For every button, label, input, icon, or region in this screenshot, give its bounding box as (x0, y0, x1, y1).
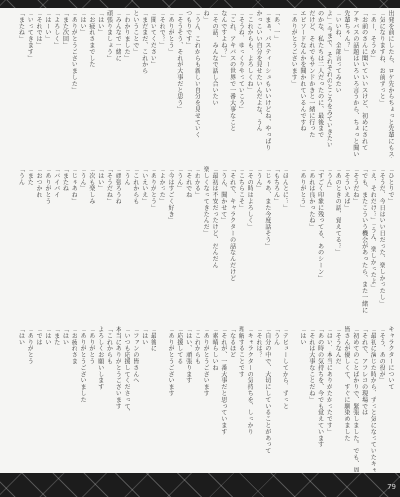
magazine-page: 出発を前にしたら、ロケ先からちょっと先輩にもスタッフにも「気になりますね、お前ず… (0, 8, 400, 473)
text-column: 「ありがとうございます」 (288, 10, 297, 158)
text-column: 「もちろん」 (271, 166, 280, 316)
text-column: ね」 (200, 10, 209, 158)
text-column: 「また (25, 166, 34, 316)
text-column: 「いってきます」 (25, 10, 34, 158)
text-column: 「みんなで一緒に (113, 10, 122, 158)
text-column: 「ひとりで」 (385, 166, 394, 316)
text-column: 「そうなんだ (332, 326, 341, 472)
text-column: 「これからも (192, 326, 201, 472)
text-column: 「バイバイ (51, 166, 60, 316)
text-column: 「そう、あの役が」 (376, 326, 385, 472)
text-band-top: 出発を前にしたら、ロケ先からちょっと先輩にもスタッフにも「気になりますね、お前ず… (8, 10, 394, 158)
text-column: 「ほんとに？」 (280, 166, 289, 316)
text-column: よ」「今まで、それぞれのところをみていきたい (324, 10, 333, 158)
text-column: 「それでね (183, 166, 192, 316)
text-column: 「はい」 (95, 166, 104, 316)
text-band-middle: 「ひとりで」「そうだ、今日はいい日だった、楽しかったし」「え、それだけ？」「うん… (8, 166, 394, 316)
text-column: アキバスの話題はいろいろ言うから、ちょっと聞いていい (350, 10, 359, 158)
text-column: 「また (51, 326, 60, 472)
text-column: 「初めてのことばかりで、緊張しました。でも、周りの (350, 326, 359, 472)
text-column: 「うん (271, 326, 280, 472)
text-column: 「頑張ろうね (113, 166, 122, 316)
text-column: 「はい」 (77, 10, 86, 158)
text-column: 「ありがとうございました (77, 326, 86, 472)
text-column: 「はい」 (95, 10, 104, 158)
text-column: 頑張りましょう」 (104, 10, 113, 158)
text-column: 「これ、アキバスの世界で一番大事なこと (227, 10, 236, 158)
text-column: 「あー、そうか」 (368, 10, 377, 158)
text-column (156, 326, 165, 472)
text-column: 「それは大事なことだね」 (306, 326, 315, 472)
text-column: 「はい (16, 326, 25, 472)
text-column: だけど、それでもサンドかきと一緒に行った (306, 10, 315, 158)
text-column: 「ありがとうございます (200, 326, 209, 472)
text-column: 「じゃあ、また今度話そう」 (262, 166, 271, 316)
text-column: 「うん (16, 166, 25, 316)
text-column: 「素晴らしいね (209, 326, 218, 472)
text-column: 「いいね、全部言ってみたい (332, 10, 341, 158)
text-column: 「おつかれ (33, 166, 42, 316)
text-column: 「これからも、よろしくね」 (244, 10, 253, 158)
text-column: 「まだまだ、これから (139, 10, 148, 158)
text-column: 「次も楽しみ (86, 166, 95, 316)
text-column: 「あの時の気持ちを、今でも覚えています (315, 326, 324, 472)
text-column: 「じゃあね」 (69, 166, 78, 316)
text-column: 「うん、これからも新しい自分を見せていく (192, 10, 201, 158)
text-column: 先輩ちゃん？」 (341, 10, 350, 158)
text-column: 「うん (121, 166, 130, 316)
text-column: 「よろしく」 (51, 10, 60, 158)
text-column: 「そういえば」 (341, 166, 350, 316)
text-column: 「最後に (148, 326, 157, 472)
text-column: 「あのときの話、覚えてる？」 (332, 166, 341, 316)
text-column: 「お疲れさま (69, 326, 78, 472)
text-column: 「それが、一番大事だと思っています (218, 326, 227, 472)
text-column: 「ありがとうございました」 (69, 10, 78, 158)
text-column: 「それでは」 (33, 10, 42, 158)
text-column: のかな、私たちは二人だったのに、最後まで (315, 10, 324, 158)
text-column: 「ありがとうございます (165, 326, 174, 472)
text-column: 「応援してる (174, 326, 183, 472)
text-column: 「でも、またこういう機会があったら、また一緒に (359, 166, 368, 316)
text-column: 「うん」 (253, 166, 262, 316)
text-column: なんですよね？」 (218, 10, 227, 158)
text-column: 「ありがとう (25, 326, 34, 472)
text-column: つもりです」 (183, 10, 192, 158)
text-column: 「よかった」 (156, 166, 165, 316)
text-column: 「デビューしてから、ずっと (280, 326, 289, 472)
text-column: 「ありがとう (42, 166, 51, 316)
text-column: 「またね (60, 166, 69, 316)
text-column: 理解することです (236, 326, 245, 472)
text-column: 「うん」 (324, 166, 333, 316)
text-column: 「ありがとう (86, 326, 95, 472)
text-column: 本当にありがとうございます (113, 326, 122, 472)
text-column: 「それで、キャラクターの話なんだけど (227, 166, 236, 316)
text-column: 「はい (139, 326, 148, 472)
text-column: 「うん、聞かせて」 (218, 166, 227, 316)
text-column: 「あ、一」 (271, 10, 280, 158)
text-column: エピソードなんかを聞かれているんですね (297, 10, 306, 158)
text-column: 「ありがとう」 (297, 166, 306, 316)
text-column: 「またね」 (16, 10, 25, 158)
text-column: 「キャラクターの気持ちを、しっかり (244, 326, 253, 472)
text-column: 「ありがとう」 (165, 10, 174, 158)
text-column: 「これからも (130, 166, 139, 316)
text-column: 「また次回」 (60, 10, 69, 158)
text-column: 「自分の中で、大切にしていることがあって (262, 326, 271, 472)
text-column: 「あれは良かったね」 (306, 166, 315, 316)
text-column: 「はい (297, 326, 306, 472)
text-column: 「そうだ、今日はいい日だった、楽しかったし」 (376, 166, 385, 316)
text-column: 「お前のさんに聞いていいスけど、初めにされて (359, 10, 368, 158)
text-column: 「最初は不安だったけど、だんだん (209, 166, 218, 316)
text-column: 楽しくなってきたんだ」 (200, 166, 209, 316)
text-column: 「わかる」 (192, 166, 201, 316)
text-column: 「すごく印象に残ってる、あのシーン」 (315, 166, 324, 316)
text-column: 「うん」 (174, 166, 183, 316)
text-column: 「それは？ (253, 326, 262, 472)
text-column (288, 326, 297, 472)
text-column: 「いつも応援してくださって、 (121, 326, 130, 472)
text-column: キャラクターについて (385, 326, 394, 472)
text-column: 「その時はよろしく」 (244, 166, 253, 316)
text-column: 「なるほど (227, 326, 236, 472)
text-column (288, 166, 297, 316)
text-column: 「最初に演じた時から、ずっと気になっていたキャラクター (368, 326, 377, 472)
text-column: 「はい (60, 326, 69, 472)
text-column: 出発を前にしたら、ロケ先からちょっと先輩にもスタッフにも (385, 10, 394, 158)
text-column: 「これからも (104, 326, 113, 472)
text-column: 「そうそう、それが大事だと思う」 (174, 10, 183, 158)
text-column: 「ファンの皆さんへ (130, 326, 139, 472)
text-column: 「うん」 (77, 166, 86, 316)
text-column: かっこいい自分を見せたいんだよな、うん (253, 10, 262, 158)
text-column: 「はい、頑張ります (183, 326, 192, 472)
text-column: 「それで、アフレコの現場では (359, 326, 368, 472)
text-column: 「ありがとう」 (148, 166, 157, 316)
text-column: よろしくお願いします (95, 326, 104, 472)
text-column: 「聞いてください」 (148, 10, 157, 158)
text-column: 「気になりますね、お前ずっと」 (376, 10, 385, 158)
text-column: 「いえいえ」 (139, 166, 148, 316)
text-column: 「まぁ、パスティーシュもいいけどね、やっぱり (262, 10, 271, 158)
text-column: 「お疲れさまでした (86, 10, 95, 158)
text-column: 「え、それだけ？」「うん、楽しかったよ」 (368, 166, 377, 316)
text-column: 「わかりました」 (121, 10, 130, 158)
text-column: 「こちらこそ」 (236, 166, 245, 316)
text-column: 「それで？」 (156, 10, 165, 158)
decorative-bottom-border (0, 473, 400, 497)
text-column: 「そうだね」 (350, 166, 359, 316)
text-column: 「では (33, 326, 42, 472)
text-column: 「その話、みんなで話し合いたい (209, 10, 218, 158)
text-column: 「はい (42, 326, 51, 472)
text-column: 「そうね、ゆっくりやっていこう」 (236, 10, 245, 158)
decorative-top-border (0, 0, 400, 8)
text-column: 「はい、本当にありがたかったです」 (324, 326, 333, 472)
page-number: 79 (387, 483, 396, 491)
text-column: ということで」 (130, 10, 139, 158)
text-column: 「今はすごく好き」 (165, 166, 174, 316)
text-column (280, 10, 289, 158)
text-column: 皆さんが優しくて、すぐに馴染めました (341, 326, 350, 472)
text-column: 「はーい」 (42, 10, 51, 158)
text-column: 「そうだね」 (104, 166, 113, 316)
text-band-bottom: キャラクターについて「そう、あの役が」「最初に演じた時から、ずっと気になっていた… (8, 326, 394, 472)
